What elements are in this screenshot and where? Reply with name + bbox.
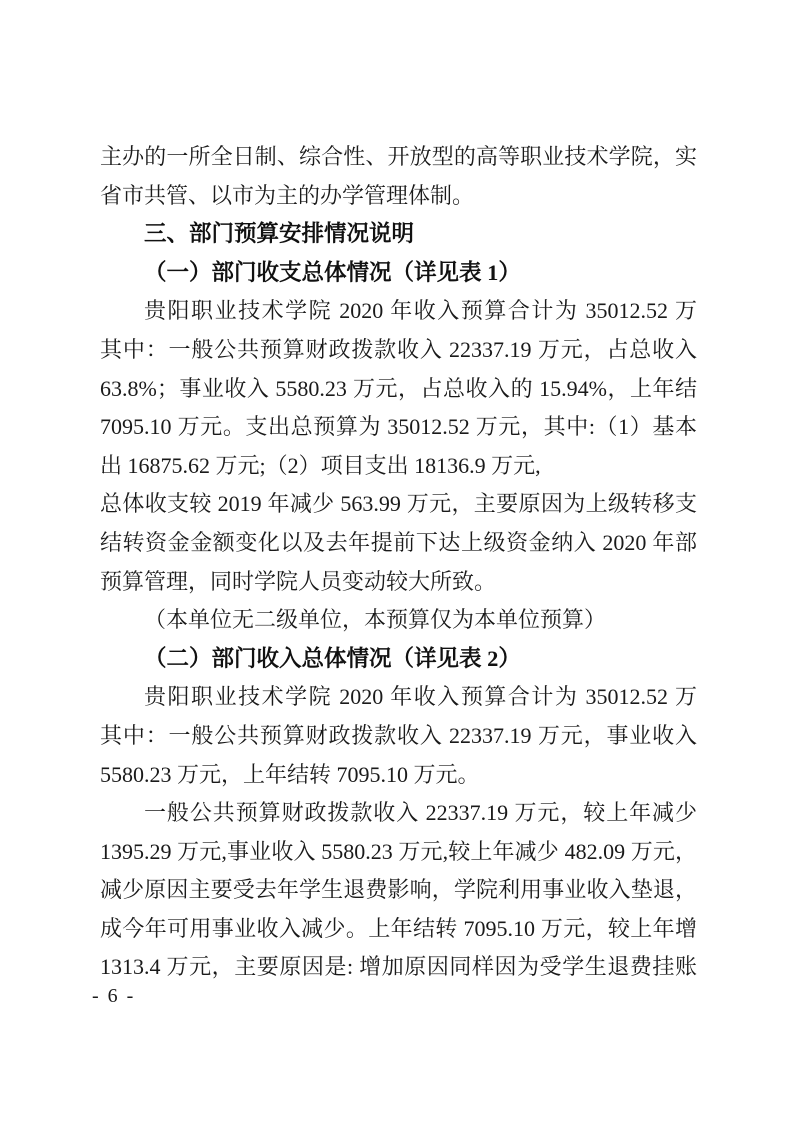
- body-line: 1313.4 万元，主要原因是: 增加原因同样因为受学生退费挂账影: [100, 948, 697, 987]
- body-line: 总体收支较 2019 年减少 563.99 万元，主要原因为上级转移支付: [100, 485, 697, 524]
- body-line: 其中：一般公共预算财政拨款收入 22337.19 万元，占总收入的: [100, 331, 697, 370]
- document-page: 主办的一所全日制、综合性、开放型的高等职业技术学院，实行 省市共管、以市为主的办…: [0, 0, 793, 1122]
- body-line: 结转资金金额变化以及去年提前下达上级资金纳入 2020 年部门: [100, 524, 697, 563]
- body-line: 7095.10 万元。支出总预算为 35012.52 万元，其中:（1）基本支: [100, 408, 697, 447]
- body-line: 贵阳职业技术学院 2020 年收入预算合计为 35012.52 万元，: [100, 678, 697, 717]
- body-line: 成今年可用事业收入减少。上年结转 7095.10 万元，较上年增加: [100, 910, 697, 949]
- body-line: 省市共管、以市为主的办学管理体制。: [100, 177, 697, 216]
- section-heading-3: 三、部门预算安排情况说明: [100, 215, 697, 254]
- body-line: 5580.23 万元，上年结转 7095.10 万元。: [100, 756, 697, 795]
- subsection-heading-2: （二）部门收入总体情况（详见表 2）: [100, 640, 697, 679]
- document-body: 主办的一所全日制、综合性、开放型的高等职业技术学院，实行 省市共管、以市为主的办…: [100, 138, 697, 987]
- body-line: 63.8%；事业收入 5580.23 万元，占总收入的 15.94%，上年结转: [100, 370, 697, 409]
- page-number: - 6 -: [92, 982, 135, 1010]
- body-line: 预算管理，同时学院人员变动较大所致。: [100, 563, 697, 602]
- body-line: 减少原因主要受去年学生退费影响，学院利用事业收入垫退，造: [100, 871, 697, 910]
- body-line: 其中：一般公共预算财政拨款收入 22337.19 万元，事业收入: [100, 717, 697, 756]
- body-line: 贵阳职业技术学院 2020 年收入预算合计为 35012.52 万元，: [100, 292, 697, 331]
- body-line: 一般公共预算财政拨款收入 22337.19 万元，较上年减少: [100, 794, 697, 833]
- body-line: （本单位无二级单位，本预算仅为本单位预算）: [100, 601, 697, 640]
- body-line: 主办的一所全日制、综合性、开放型的高等职业技术学院，实行: [100, 138, 697, 177]
- body-line: 1395.29 万元,事业收入 5580.23 万元,较上年减少 482.09 …: [100, 833, 697, 872]
- body-line: 出 16875.62 万元;（2）项目支出 18136.9 万元,: [100, 447, 697, 486]
- subsection-heading-1: （一）部门收支总体情况（详见表 1）: [100, 254, 697, 293]
